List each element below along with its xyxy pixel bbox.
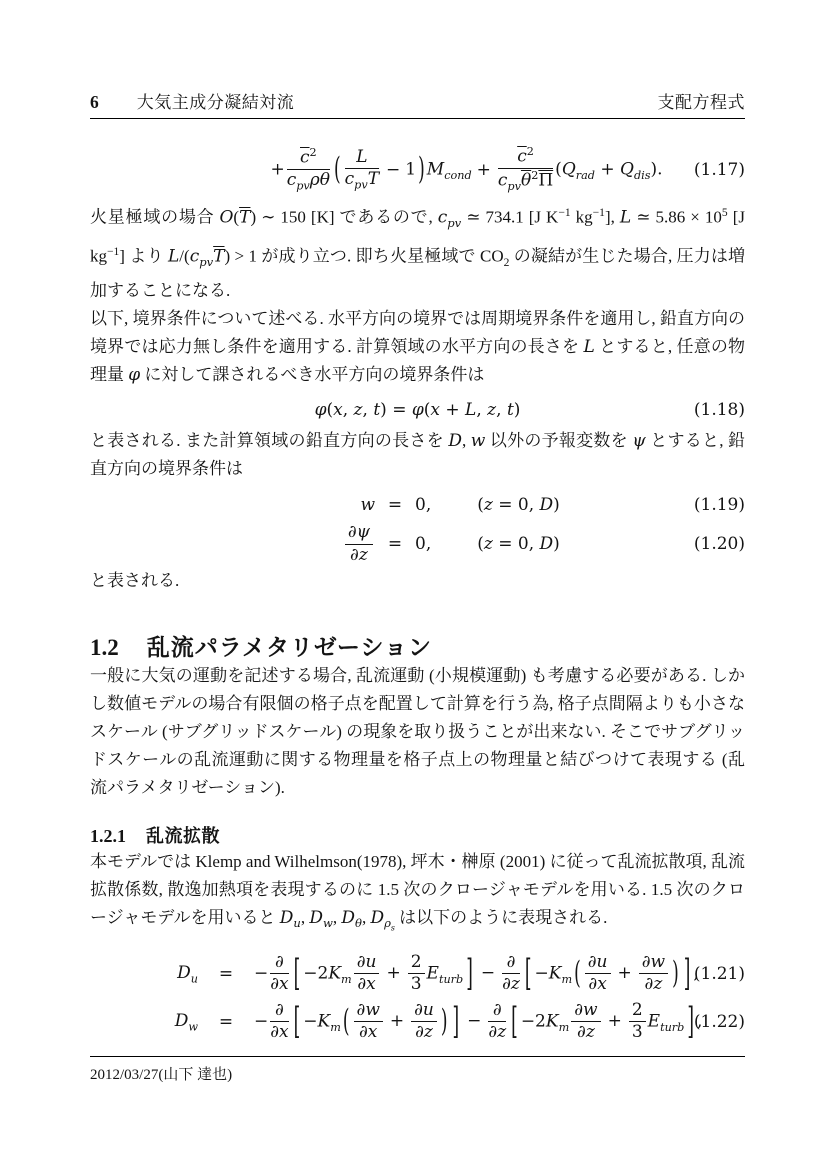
section-heading-1-2: 1.2 乱流パラメタリゼーション bbox=[90, 629, 745, 662]
document-page: 6 大気主成分凝結対流 支配方程式 +c2cpvρθ(LcpvT−1)Mcond… bbox=[0, 0, 826, 1169]
equation-1-17-number: (1.17) bbox=[694, 160, 745, 180]
equation-1-19-number: (1.19) bbox=[694, 495, 745, 515]
equation-1-22-number: (1.22) bbox=[694, 1012, 745, 1032]
equation-1-19-lhs: w bbox=[90, 495, 375, 515]
paragraph-turbulence-intro: 一般に大気の運動を記述する場合, 乱流運動 (小規模運動) も考慮する必要がある… bbox=[90, 662, 745, 802]
equation-1-18: φ(x, z, t) = φ(x + L, z, t) (1.18) bbox=[90, 393, 745, 427]
section-title: 乱流パラメタリゼーション bbox=[147, 629, 432, 662]
equals-sign: = bbox=[198, 964, 254, 984]
paragraph-vertical-boundary: と表される. また計算領域の鉛直方向の長さを D, w 以外の予報変数を ψ と… bbox=[90, 427, 745, 483]
paragraph-expressed-as: と表される. bbox=[90, 567, 745, 595]
equation-1-22: Dw = −∂∂x[−Km(∂w∂x+∂u∂z)]−∂∂z[−2Km∂w∂z+2… bbox=[90, 999, 745, 1045]
equation-1-21: Du = −∂∂x[−2Km∂u∂x+23Eturb]−∂∂z[−Km(∂u∂x… bbox=[90, 951, 745, 997]
paragraph-mars-polar: 火星極域の場合 O(T) ∼ 150 [K] であるので, cpv ≃ 734.… bbox=[90, 199, 745, 305]
subsection-title: 乱流拡散 bbox=[146, 822, 220, 848]
equals-sign: = bbox=[375, 495, 415, 515]
equation-1-19: w = 0,(z = 0, D) (1.19) bbox=[90, 489, 745, 521]
subsection-number: 1.2.1 bbox=[90, 826, 126, 847]
header-left-title: 大気主成分凝結対流 bbox=[137, 88, 295, 113]
equals-sign: = bbox=[198, 1012, 254, 1032]
equation-1-17-body: +c2cpvρθ(LcpvT−1)Mcond+c2cpvθ2Π(Qrad + Q… bbox=[270, 146, 662, 194]
equals-sign: = bbox=[375, 534, 415, 554]
subsection-heading-1-2-1: 1.2.1 乱流拡散 bbox=[90, 822, 745, 848]
paragraph-closure-model: 本モデルでは Klemp and Wilhelmson(1978), 坪木・榊原… bbox=[90, 848, 745, 943]
equation-1-21-lhs: Du bbox=[90, 963, 198, 985]
paragraph-boundary-conditions: 以下, 境界条件について述べる. 水平方向の境界では周期境界条件を適用し, 鉛直… bbox=[90, 305, 745, 389]
section-number: 1.2 bbox=[90, 635, 119, 661]
equation-1-20: ∂ψ∂z = 0,(z = 0, D) (1.20) bbox=[90, 521, 745, 567]
page-number: 6 bbox=[90, 92, 99, 113]
equation-1-17: +c2cpvρθ(LcpvT−1)Mcond+c2cpvθ2Π(Qrad + Q… bbox=[90, 141, 745, 199]
footer-date-author: 2012/03/27(山下 達也) bbox=[90, 1067, 232, 1083]
equation-1-20-lhs: ∂ψ∂z bbox=[90, 523, 375, 565]
equation-1-18-number: (1.18) bbox=[694, 400, 745, 420]
header-rule bbox=[90, 118, 745, 119]
equation-1-21-rhs: −∂∂x[−2Km∂u∂x+23Eturb]−∂∂z[−Km(∂u∂x+∂w∂z… bbox=[254, 953, 745, 995]
page-header: 6 大気主成分凝結対流 支配方程式 bbox=[90, 88, 745, 113]
equation-1-18-body: φ(x, z, t) = φ(x + L, z, t) bbox=[315, 400, 521, 420]
header-right-title: 支配方程式 bbox=[658, 88, 746, 113]
equation-1-20-number: (1.20) bbox=[694, 534, 745, 554]
equation-1-21-number: (1.21) bbox=[694, 964, 745, 984]
page-footer: 2012/03/27(山下 達也) bbox=[90, 1056, 745, 1084]
equation-1-22-lhs: Dw bbox=[90, 1011, 198, 1033]
equation-1-22-rhs: −∂∂x[−Km(∂w∂x+∂u∂z)]−∂∂z[−2Km∂w∂z+23Etur… bbox=[254, 1001, 745, 1043]
